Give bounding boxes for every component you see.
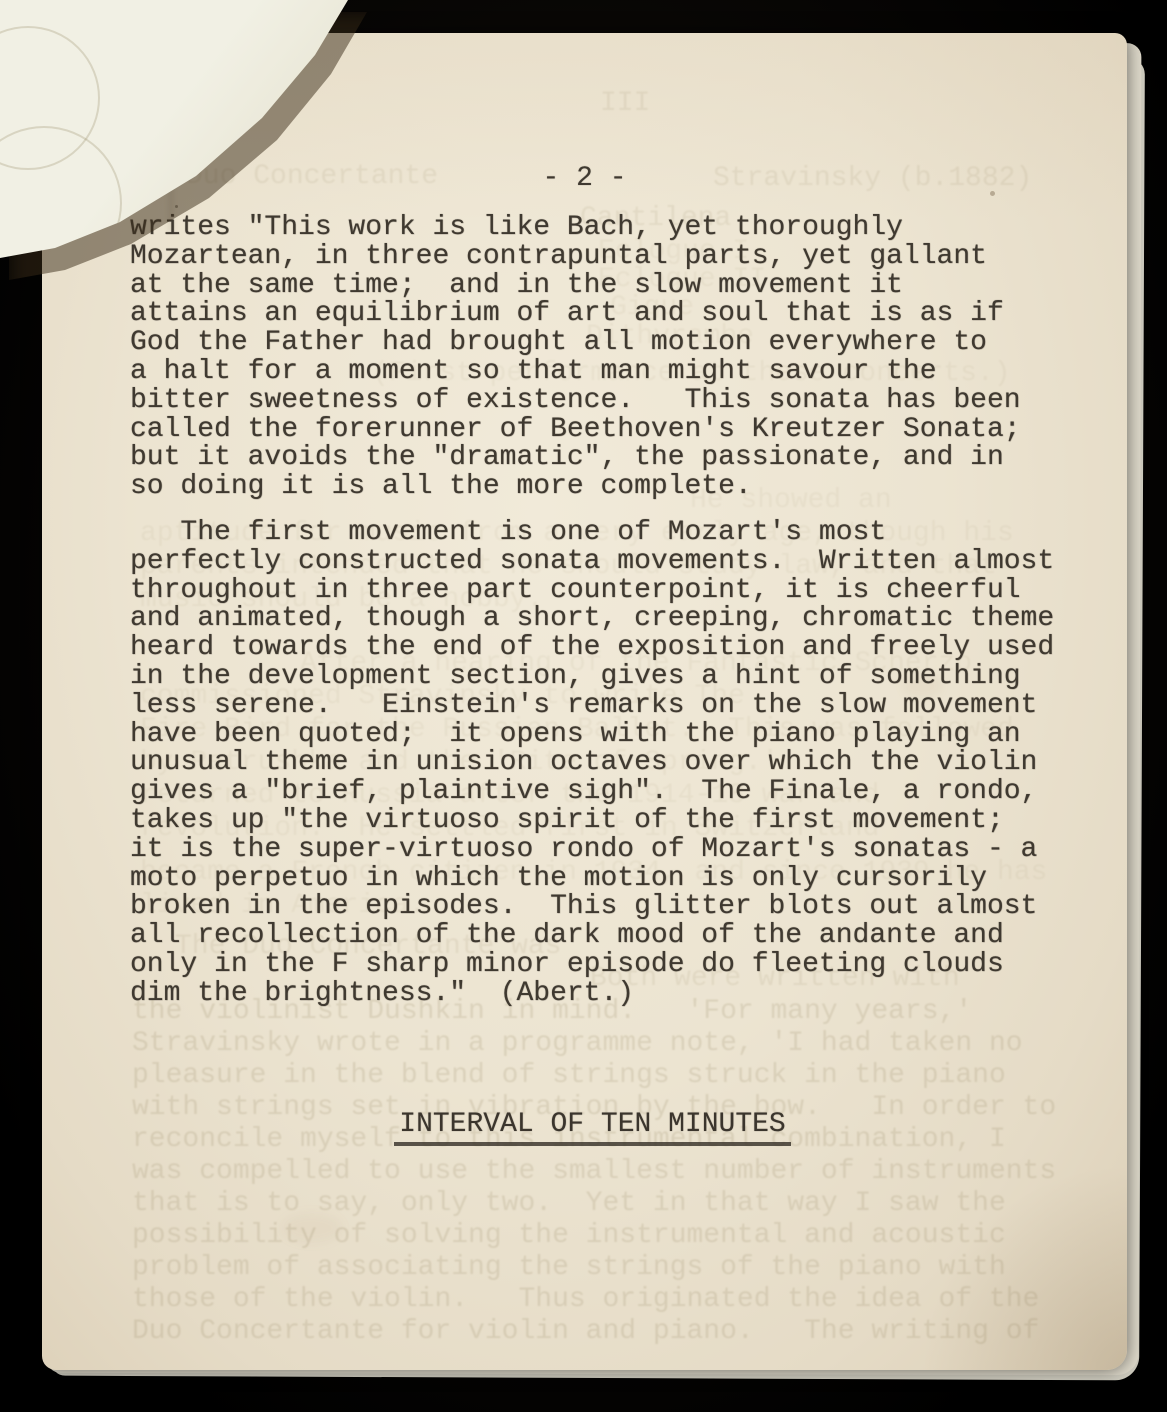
typewritten-line: The first movement is one of Mozart's mo… [130,519,1054,548]
typewritten-line: but it avoids the "dramatic", the passio… [130,444,1021,473]
photo-backdrop: IIIDuo ConcertanteStravinsky (b.1882)Can… [0,0,1167,1412]
interval-heading: INTERVAL OF TEN MINUTES [394,1109,790,1146]
ghost-bleedthrough-text: Stravinsky wrote in a programme note, 'I… [132,1028,1023,1059]
typewritten-line: throughout in three part counterpoint, i… [130,577,1054,606]
typewritten-line: moto perpetuo in which the motion is onl… [130,865,1054,894]
interval-heading-row: INTERVAL OF TEN MINUTES [42,1109,1127,1146]
foxing-spot [282,1213,342,1243]
typewritten-line: bitter sweetness of existence. This sona… [130,387,1021,416]
page-corner-shading [867,1150,1127,1370]
typewritten-line: all recollection of the dark mood of the… [130,922,1054,951]
typewritten-line: broken in the episodes. This glitter blo… [130,893,1054,922]
page-sheet: IIIDuo ConcertanteStravinsky (b.1882)Can… [42,33,1127,1370]
typewritten-line: heard towards the end of the exposition … [130,634,1054,663]
typewritten-line: takes up "the virtuoso spirit of the fir… [130,807,1054,836]
body-paragraph-2: The first movement is one of Mozart's mo… [130,519,1054,1009]
typewritten-line: less serene. Einstein's remarks on the s… [130,692,1054,721]
ghost-bleedthrough-text: pleasure in the blend of strings struck … [132,1060,1006,1091]
typewritten-line: unusual theme in unision octaves over wh… [130,749,1054,778]
typewritten-line: Mozartean, in three contrapuntal parts, … [130,243,1021,272]
typewritten-line: called the forerunner of Beethoven's Kre… [130,416,1021,445]
typewritten-line: a halt for a moment so that man might sa… [130,358,1021,387]
typewritten-line: have been quoted; it opens with the pian… [130,721,1054,750]
typewritten-line: dim the brightness." (Abert.) [130,980,1054,1009]
ghost-bleedthrough-text: III [600,88,650,119]
typewritten-line: it is the super-virtuoso rondo of Mozart… [130,836,1054,865]
typewritten-line: so doing it is all the more complete. [130,473,1021,502]
typewritten-line: God the Father had brought all motion ev… [130,329,1021,358]
typewritten-line: in the development section, gives a hint… [130,663,1054,692]
typewritten-line: at the same time; and in the slow moveme… [130,272,1021,301]
typewritten-line: gives a "brief, plaintive sigh". The Fin… [130,778,1054,807]
body-paragraph-1: writes "This work is like Bach, yet thor… [130,214,1021,502]
typewritten-line: only in the F sharp minor episode do fle… [130,951,1054,980]
typewritten-line: attains an equilibrium of art and soul t… [130,300,1021,329]
typewritten-line: and animated, though a short, creeping, … [130,605,1054,634]
typewritten-line: perfectly constructed sonata movements. … [130,548,1054,577]
typewritten-line: writes "This work is like Bach, yet thor… [130,214,1021,243]
